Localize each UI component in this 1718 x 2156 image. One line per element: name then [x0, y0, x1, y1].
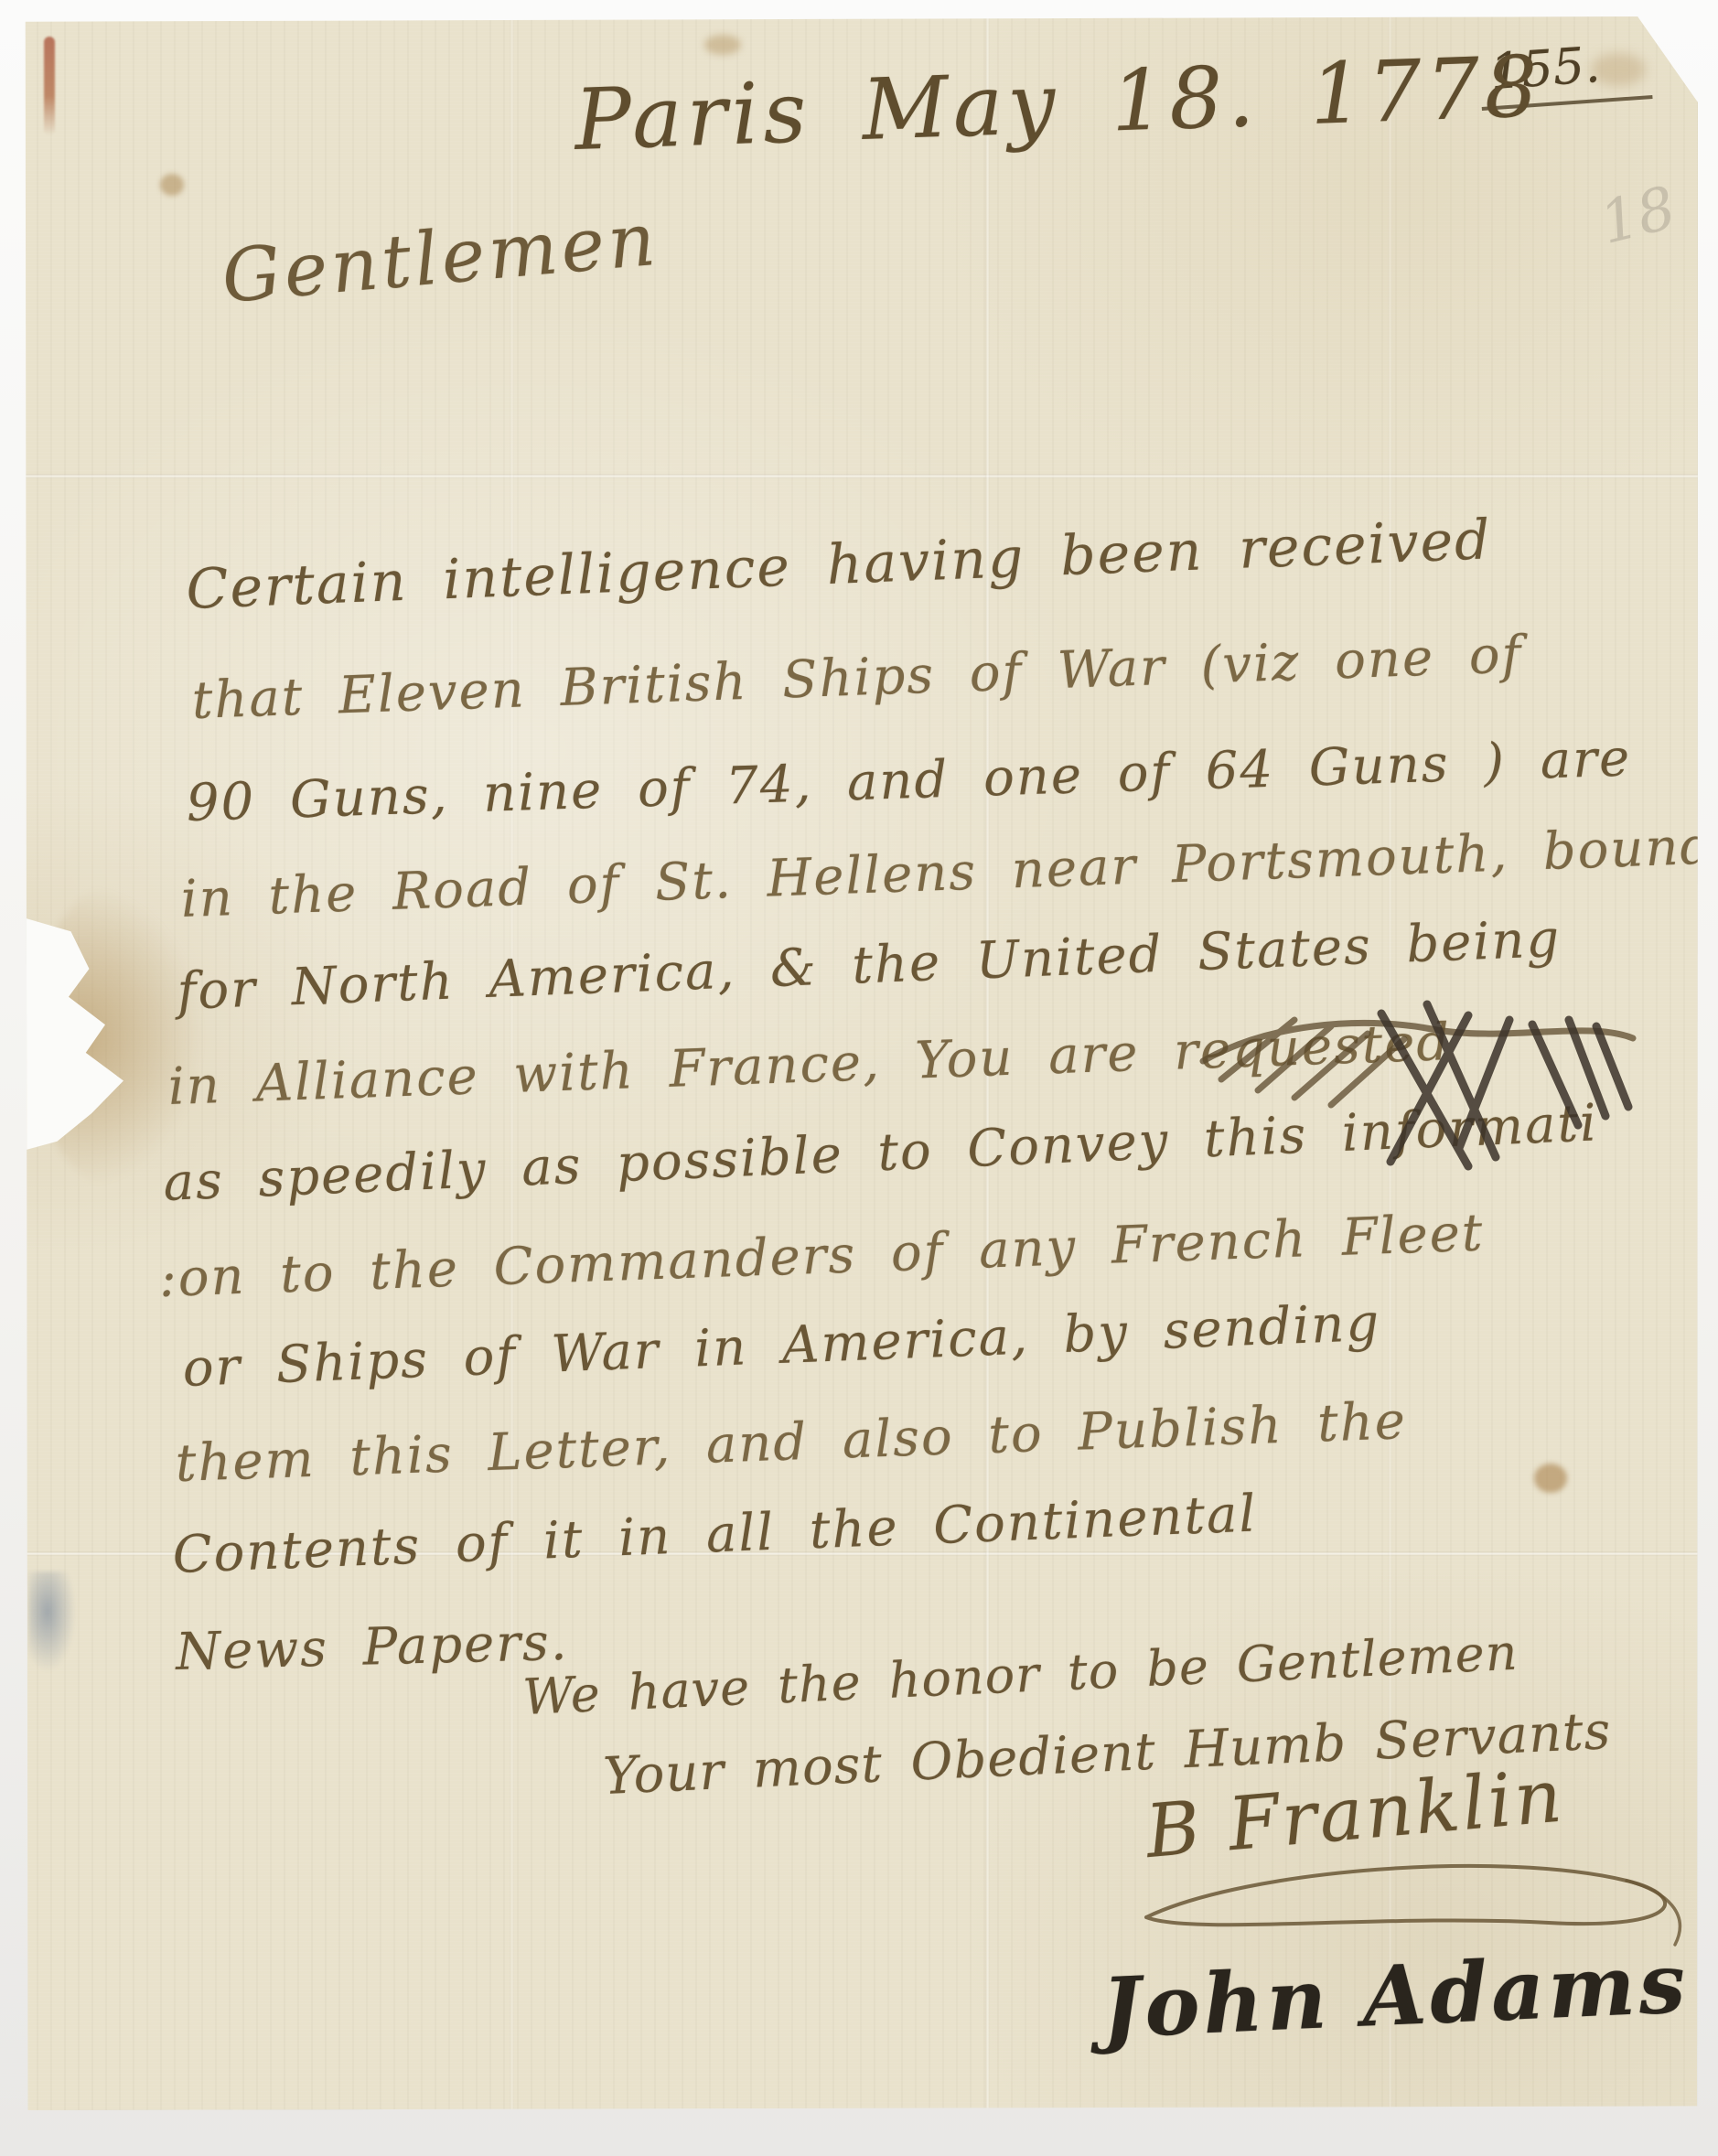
body-line: them this Letter, and also to Publish th…	[175, 1391, 1408, 1494]
red-stain-top-left	[44, 37, 55, 135]
small-stain	[704, 35, 741, 55]
body-line: that Eleven British Ships of War (viz on…	[191, 625, 1524, 731]
body-line: or Ships of War in America, by sending	[182, 1293, 1382, 1399]
scanned-letter-image: 155. 18 Paris May 18. 1778 Gentlemen Cer…	[0, 0, 1718, 2156]
body-line: Certain intelligence having been receive…	[185, 508, 1492, 622]
body-line: in Alliance with France, You are request…	[167, 1013, 1453, 1117]
blue-ink-smudge	[28, 1571, 76, 1672]
salutation: Gentlemen	[219, 197, 662, 319]
dateline: Paris May 18. 1778	[573, 38, 1544, 169]
small-stain	[1534, 1464, 1567, 1493]
body-line: News Papers.	[175, 1613, 569, 1682]
pencil-note: 18	[1594, 174, 1682, 258]
signature-adams: John Adams	[1100, 1935, 1691, 2057]
horizontal-fold-crease	[23, 474, 1698, 478]
body-line: as speedily as possible to Convey this i…	[162, 1093, 1599, 1213]
paper-tear-left-edge	[23, 917, 137, 1151]
body-line: Contents of it in all the Continental	[172, 1485, 1259, 1585]
letter-paper-sheet: 155. 18 Paris May 18. 1778 Gentlemen Cer…	[23, 16, 1698, 2110]
body-line: :on to the Commanders of any French Flee…	[158, 1203, 1486, 1309]
small-stain	[160, 174, 184, 196]
body-line: 90 Guns, nine of 74, and one of 64 Guns …	[186, 728, 1632, 833]
body-line: for North America, & the United States b…	[177, 909, 1562, 1022]
closing-line: We have the honor to be Gentlemen	[521, 1624, 1519, 1726]
